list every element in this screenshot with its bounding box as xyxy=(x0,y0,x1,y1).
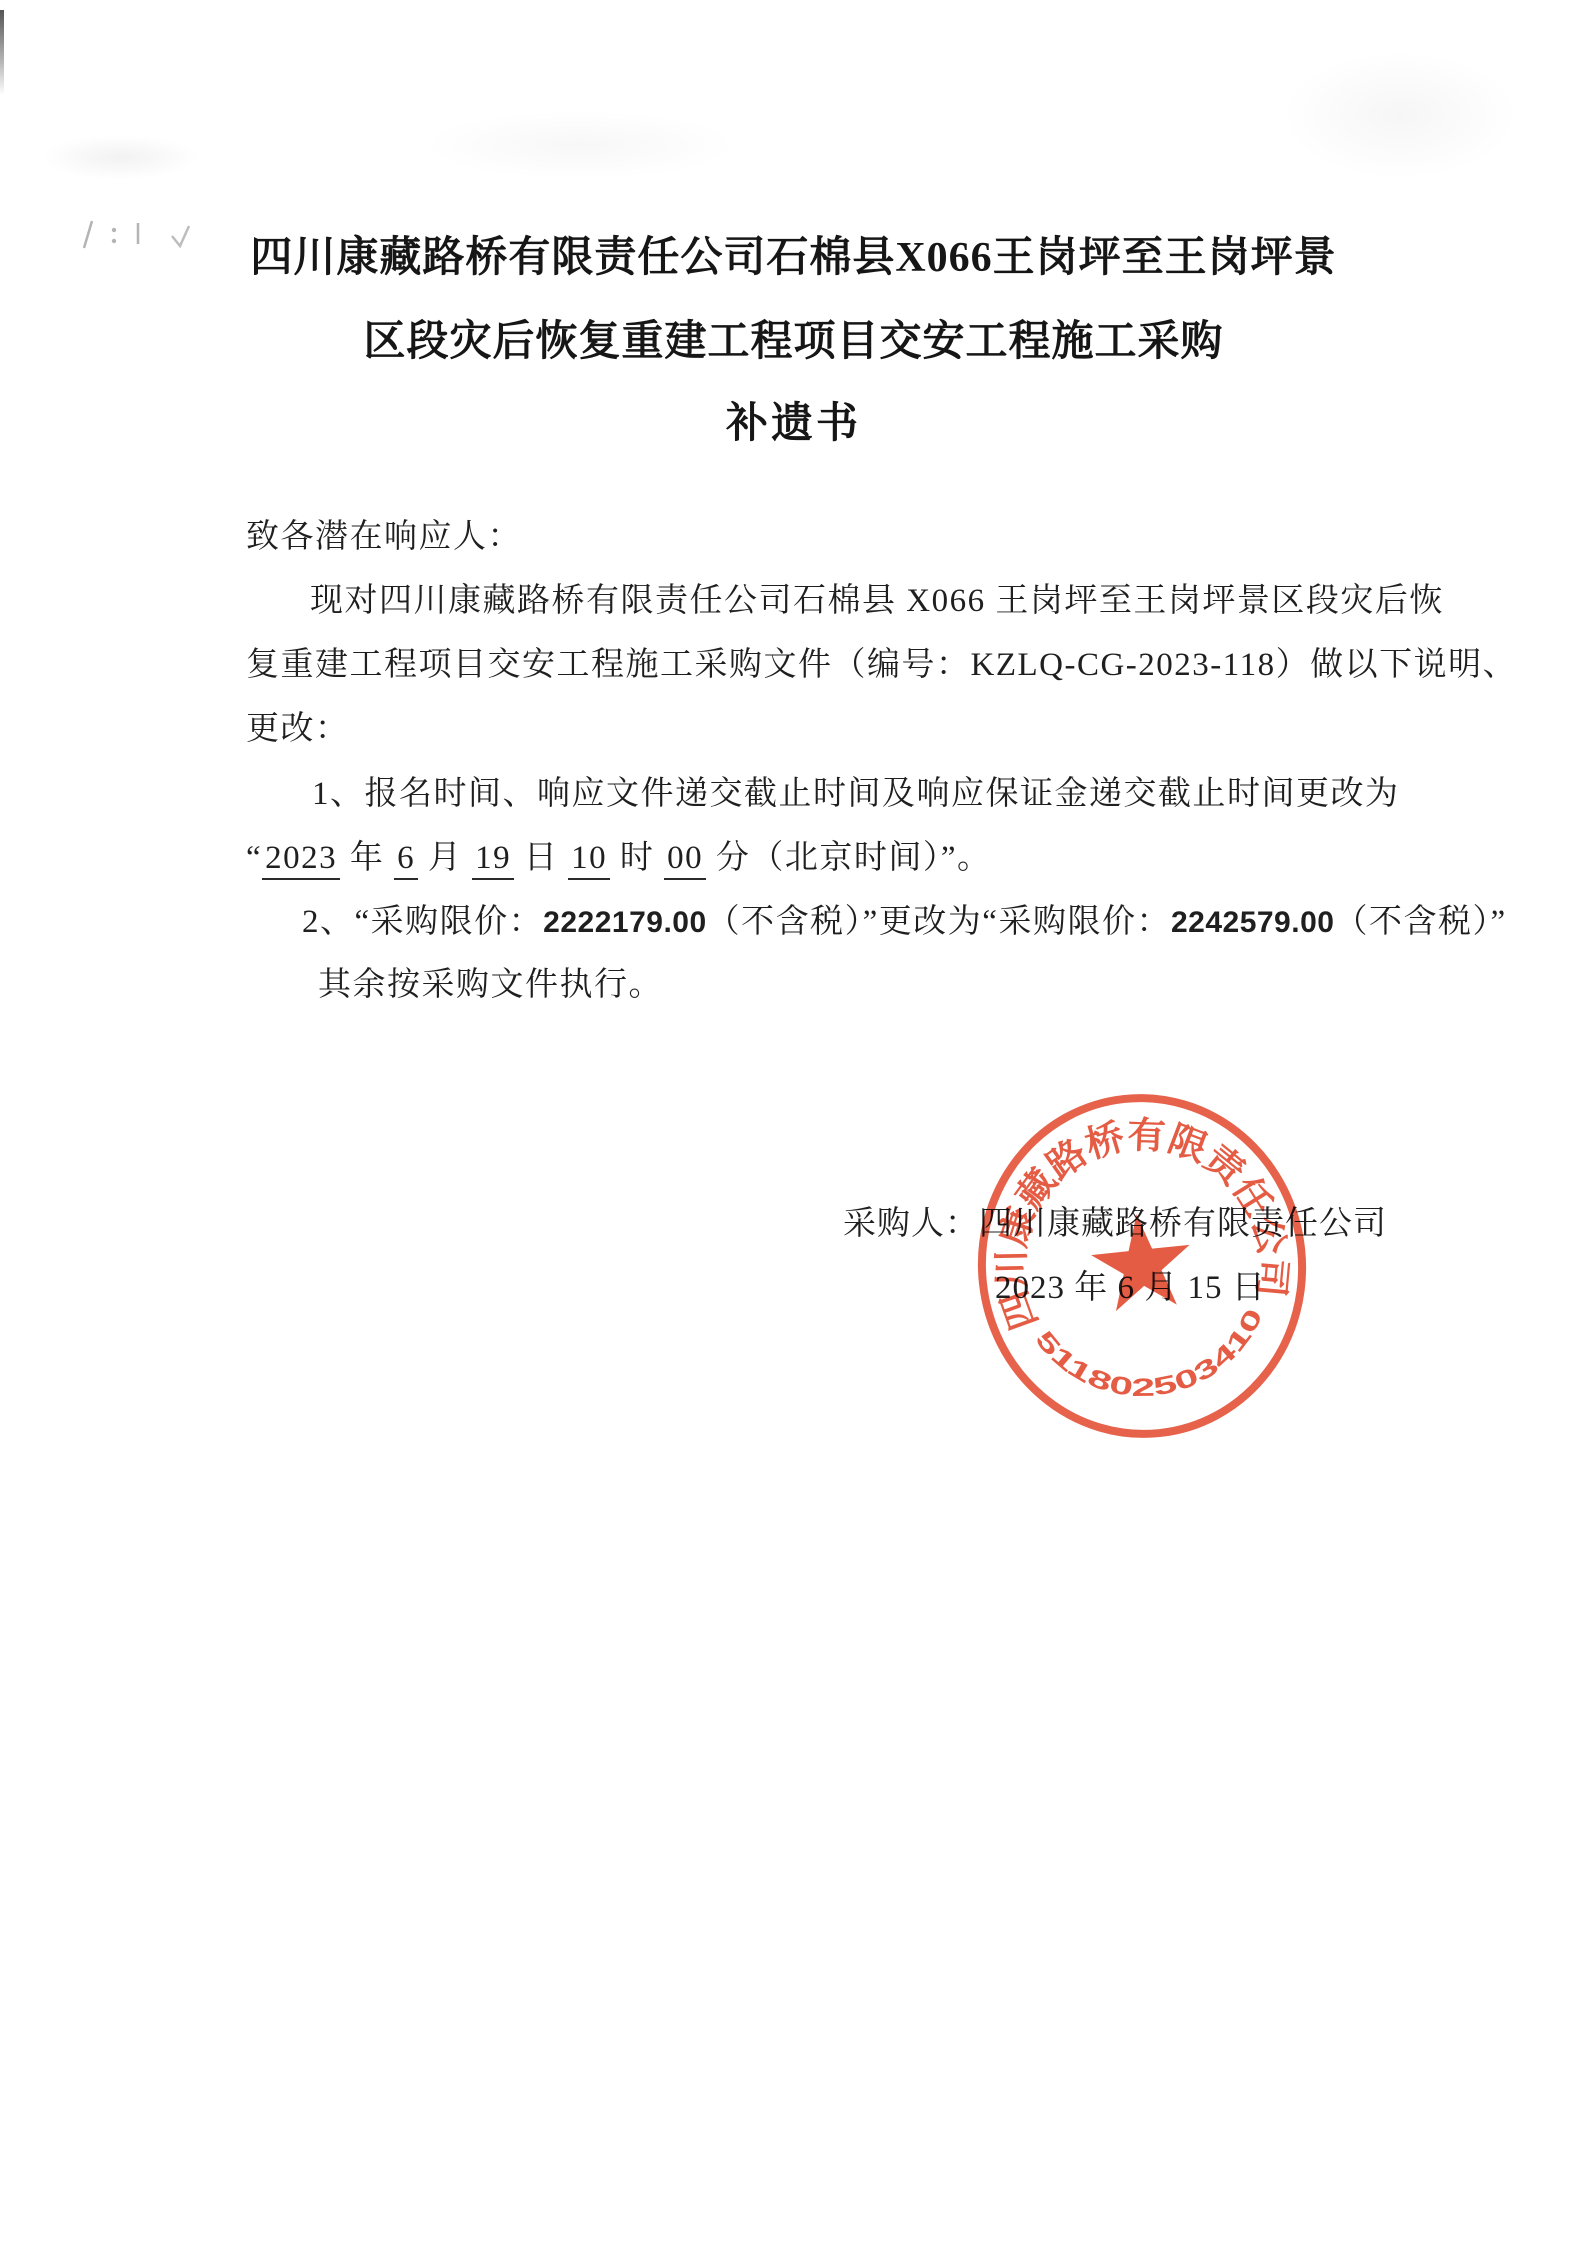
old-price-value: 2222179.00 xyxy=(543,906,707,939)
paragraph-line-3: 更改： xyxy=(246,702,350,749)
deadline-minute: 00 xyxy=(664,840,706,880)
stamp-star-icon xyxy=(1087,1209,1195,1313)
day-unit: 日 xyxy=(514,840,568,876)
closing-line: 其余按采购文件执行。 xyxy=(318,958,663,1005)
scan-artifact-smudge-1 xyxy=(40,135,200,180)
item-2-price-line: 2、“采购限价：2222179.00（不含税）”更改为“采购限价：2242579… xyxy=(302,895,1507,942)
hour-unit: 时 xyxy=(610,840,664,876)
document-title-line-2: 区段灾后恢复重建工程项目交安工程施工采购 xyxy=(0,308,1587,368)
open-quote: “ xyxy=(246,840,262,876)
minute-unit: 分（北京时间）”。 xyxy=(706,840,991,876)
item-1-time-line: “2023 年 6 月 19 日 10 时 00 分（北京时间）”。 xyxy=(246,831,992,878)
price-line-prefix: 2、“采购限价： xyxy=(302,904,543,940)
deadline-year: 2023 xyxy=(262,840,340,880)
paragraph-line-1: 现对四川康藏路桥有限责任公司石棉县 X066 王岗坪至王岗坪景区段灾后恢 xyxy=(310,574,1444,621)
new-price-value: 2242579.00 xyxy=(1171,906,1335,939)
document-page: 四川康藏路桥有限责任公司石棉县X066王岗坪至王岗坪景 区段灾后恢复重建工程项目… xyxy=(0,0,1587,2244)
year-unit: 年 xyxy=(340,840,394,876)
deadline-day: 19 xyxy=(472,840,514,880)
document-title-line-1: 四川康藏路桥有限责任公司石棉县X066王岗坪至王岗坪景 xyxy=(0,224,1587,284)
scan-artifact-smudge-2 xyxy=(1280,50,1520,180)
price-line-middle: （不含税）”更改为“采购限价： xyxy=(707,904,1171,940)
scan-artifact-left-edge xyxy=(0,10,4,95)
price-line-suffix: （不含税）” xyxy=(1334,904,1506,940)
deadline-month: 6 xyxy=(394,840,418,880)
paragraph-line-2: 复重建工程项目交安工程施工采购文件（编号：KZLQ-CG-2023-118）做以… xyxy=(246,638,1517,685)
item-1-line: 1、报名时间、响应文件递交截止时间及响应保证金递交截止时间更改为 xyxy=(312,767,1400,814)
salutation-line: 致各潜在响应人： xyxy=(246,510,522,557)
scan-artifact-smudge-3 xyxy=(420,110,740,180)
deadline-hour: 10 xyxy=(568,840,610,880)
document-title-line-3: 补遗书 xyxy=(0,390,1587,450)
official-stamp: 四川康藏路桥有限责任公司 5118025034105 xyxy=(941,1060,1342,1472)
month-unit: 月 xyxy=(418,840,472,876)
